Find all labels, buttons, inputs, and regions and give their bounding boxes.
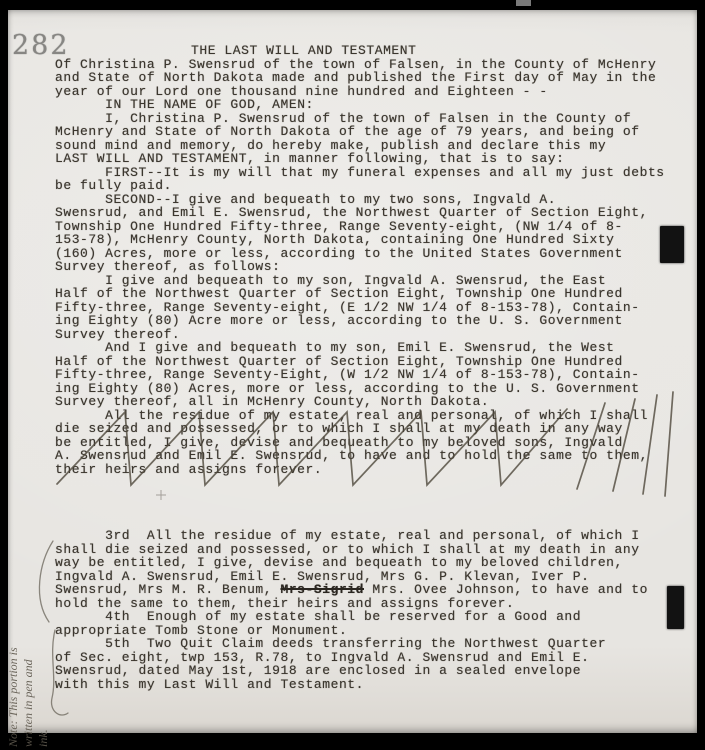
- scan-edge-notch: [516, 0, 531, 6]
- binder-tab-mark-upper: [660, 226, 684, 263]
- margin-note-handwritten: Note: This portion is written in pen and…: [6, 543, 51, 747]
- margin-note-line: Note: This portion is: [6, 543, 21, 747]
- margin-note-line: ink.: [36, 543, 51, 747]
- will-document-text: THE LAST WILL AND TESTAMENT Of Christina…: [55, 44, 677, 691]
- document-page: 282 THE LAST WILL AND TESTAMENT Of Chris…: [8, 10, 697, 733]
- paragraph-bequest-ingvald: I give and bequeath to my son, Ingvald A…: [55, 274, 677, 342]
- paragraph-fifth-clause: 5th Two Quit Claim deeds transferring th…: [55, 637, 677, 691]
- paragraph-residue-crossed-out: All the residue of my estate, real and p…: [55, 409, 677, 477]
- paragraph-first-clause: FIRST--It is my will that my funeral exp…: [55, 166, 677, 193]
- document-title: THE LAST WILL AND TESTAMENT: [55, 44, 677, 58]
- paragraph-declaration: I, Christina P. Swensrud of the town of …: [55, 112, 677, 166]
- margin-note-line: written in pen and: [21, 543, 36, 747]
- paragraph-third-clause: 3rd All the residue of my estate, real a…: [55, 529, 677, 610]
- paragraph-invocation: IN THE NAME OF GOD, AMEN:: [55, 98, 677, 112]
- paragraph-bequest-emil: And I give and bequeath to my son, Emil …: [55, 341, 677, 409]
- scanned-will-page: { "page": { "number": "282" }, "document…: [0, 0, 705, 750]
- crossed-out-text: All the residue of my estate, real and p…: [55, 409, 677, 477]
- pen-plus-mark: [156, 490, 166, 500]
- paragraph-fourth-clause: 4th Enough of my estate shall be reserve…: [55, 610, 677, 637]
- binder-tab-mark-lower: [667, 586, 684, 629]
- paragraph-second-clause: SECOND--I give and bequeath to my two so…: [55, 193, 677, 274]
- paragraph-preamble: Of Christina P. Swensrud of the town of …: [55, 58, 677, 99]
